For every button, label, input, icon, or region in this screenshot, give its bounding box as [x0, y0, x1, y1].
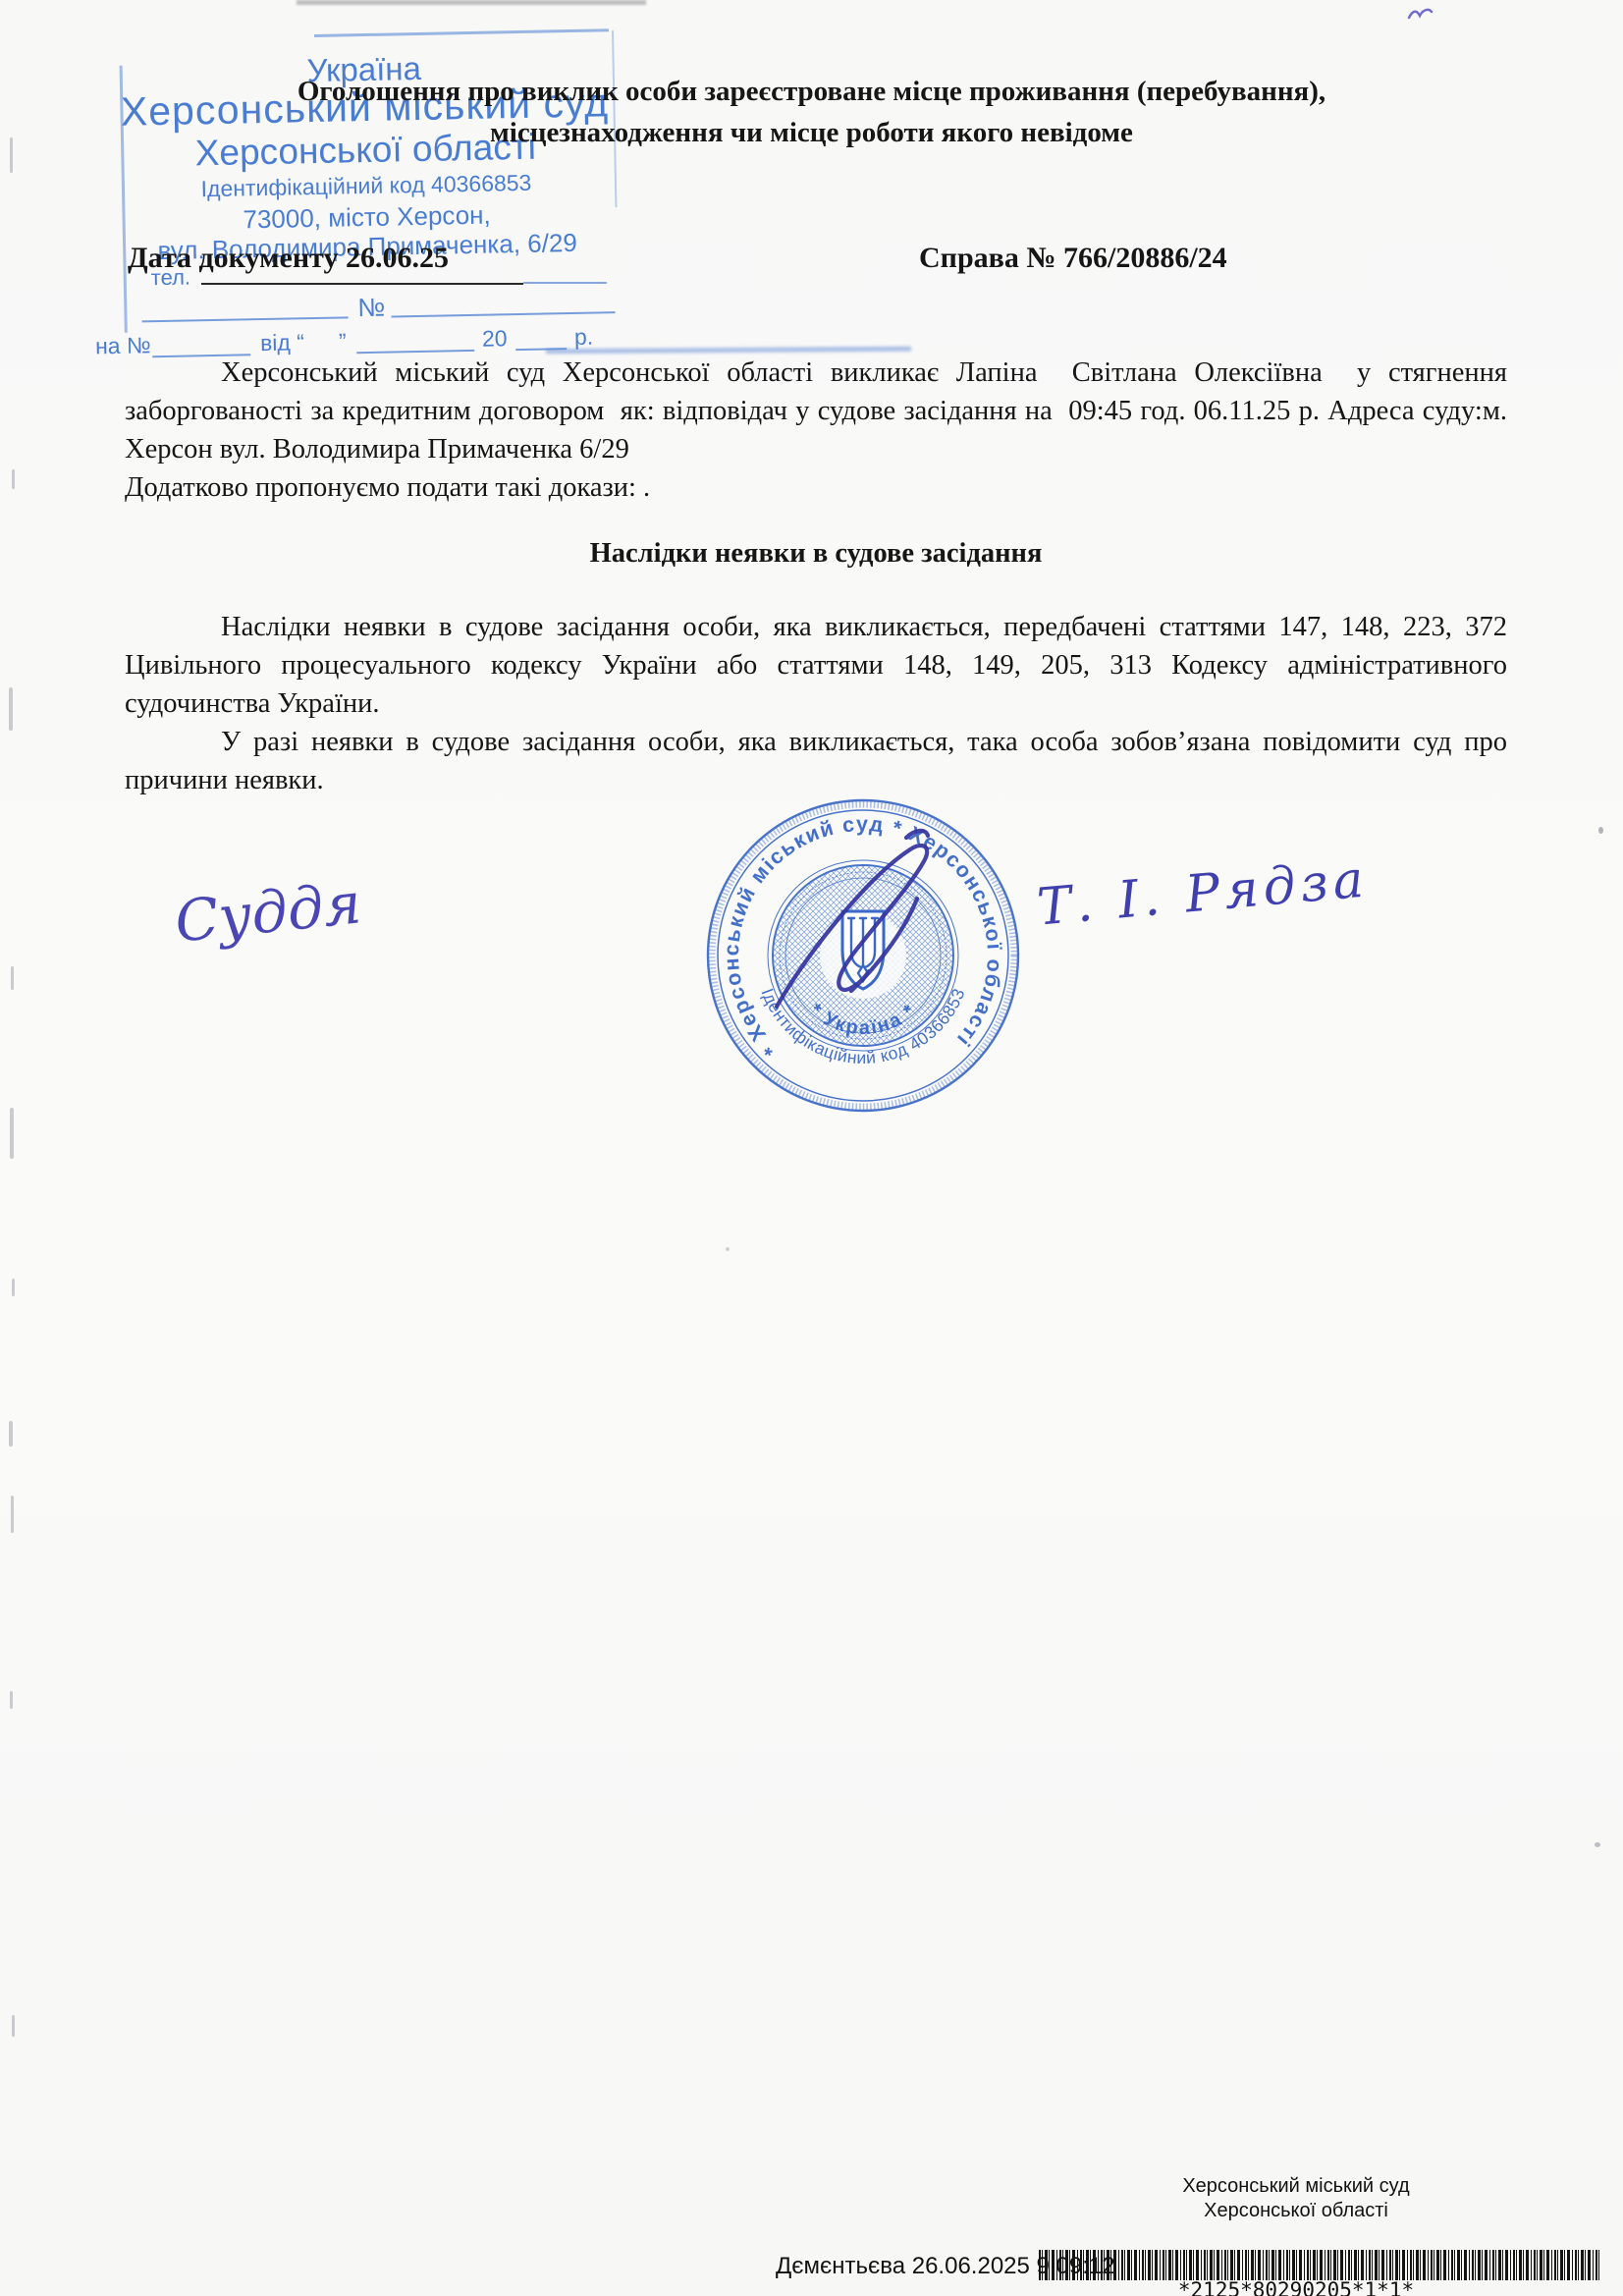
- stamp-number-sign: №: [357, 293, 385, 324]
- scan-smudge-top: [297, 0, 646, 5]
- document-date-label: Дата документу: [128, 242, 338, 274]
- document-title-line1: Оголошення про виклик особи зареєстрован…: [88, 71, 1535, 112]
- scan-speck: [1595, 1842, 1600, 1847]
- scan-edge-mark: [10, 1108, 14, 1159]
- footer-court-name: Херсонський міський суд Херсонської обла…: [1100, 2174, 1492, 2223]
- stamp-ref-year: 20: [482, 325, 508, 352]
- scan-edge-mark: [10, 1691, 13, 1709]
- paragraph-consequences: Наслідки неявки в судове засідання особи…: [125, 608, 1507, 723]
- document-page: Україна Херсонський міський суд Херсонсь…: [0, 0, 1623, 2296]
- stamp-blank-line: [142, 316, 349, 322]
- case-number: Справа № 766/20886/24: [919, 242, 1227, 275]
- document-title: Оголошення про виклик особи зареєстрован…: [88, 71, 1535, 153]
- document-title-line2: місцезнаходження чи місце роботи якого н…: [88, 112, 1535, 153]
- scan-edge-mark: [12, 1279, 15, 1296]
- scan-edge-mark: [9, 687, 13, 731]
- barcode: [1039, 2250, 1600, 2280]
- date-underline-blue: [523, 282, 607, 284]
- document-body: Херсонський міський суд Херсонської обла…: [125, 354, 1507, 799]
- stamp-ref-r-suffix: р.: [574, 324, 594, 351]
- court-seal: * Херсонський міський суд * Херсонської …: [690, 783, 1036, 1128]
- scan-edge-mark: [11, 1496, 14, 1533]
- scan-edge-mark: [12, 469, 15, 489]
- document-date: Дата документу 26.06.25: [128, 242, 449, 275]
- footer-court-line2: Херсонської області: [1100, 2199, 1492, 2223]
- scan-edge-mark: [10, 137, 13, 173]
- stamp-blank-line: [392, 311, 616, 317]
- barcode-caption: *2125*80290205*1*1*: [1100, 2278, 1492, 2296]
- stamp-ref-from: від “: [260, 329, 304, 356]
- ink-speck-mark: [1407, 6, 1434, 24]
- stamp-frame-top: [314, 28, 609, 37]
- scan-edge-mark: [9, 1421, 13, 1447]
- footer-court-line1: Херсонський міський суд: [1100, 2174, 1492, 2199]
- stamp-ref-quote-close: ”: [339, 328, 347, 355]
- document-date-value: 26.06.25: [346, 242, 449, 274]
- scan-speck: [1598, 827, 1603, 834]
- handwritten-signature: Т. І. Рядза: [1035, 849, 1371, 937]
- handwritten-judge-word: Суддя: [172, 869, 364, 955]
- scan-edge-mark: [11, 966, 14, 990]
- scan-edge-mark: [12, 2015, 15, 2037]
- scan-speck: [726, 1247, 730, 1251]
- date-underline: [201, 283, 523, 285]
- section-heading: Наслідки неявки в судове засідання: [125, 534, 1507, 573]
- paragraph-summons: Херсонський міський суд Херсонської обла…: [125, 354, 1507, 468]
- paragraph-evidence: Додатково пропонуємо подати такі докази:…: [125, 468, 1507, 507]
